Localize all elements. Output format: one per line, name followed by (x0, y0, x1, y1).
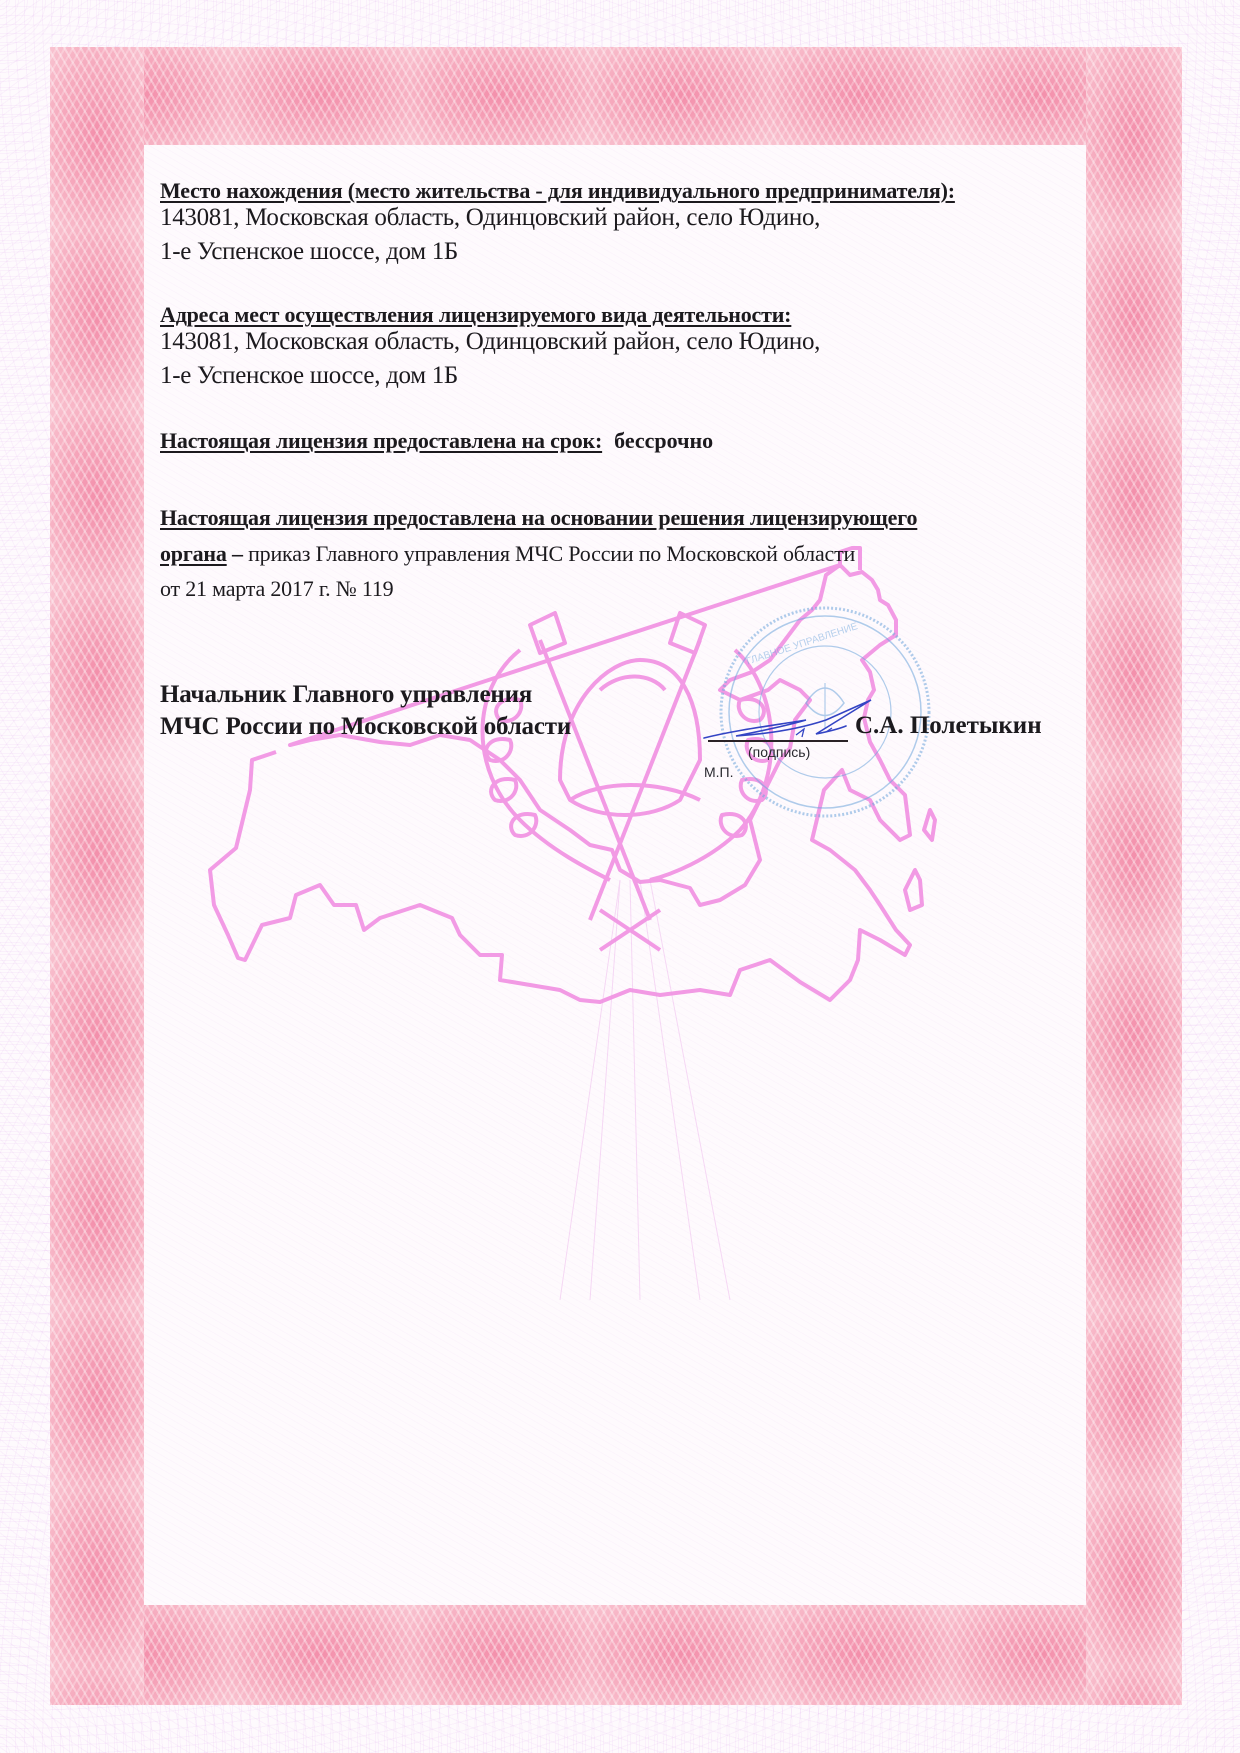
term-value: бессрочно (614, 428, 713, 453)
basis-order-date: от 21 марта 2017 г. № 119 (160, 576, 393, 602)
location-address-line1: 143081, Московская область, Одинцовский … (160, 202, 820, 234)
signature-caption: (подпись) (748, 744, 810, 760)
activity-address-line2: 1-е Успенское шоссе, дом 1Б (160, 360, 458, 392)
location-address-line2: 1-е Успенское шоссе, дом 1Б (160, 236, 458, 268)
term-label: Настоящая лицензия предоставлена на срок… (160, 428, 602, 453)
svg-text:ГЛАВНОЕ УПРАВЛЕНИЕ: ГЛАВНОЕ УПРАВЛЕНИЕ (745, 621, 859, 667)
activity-addresses-label: Адреса мест осуществления лицензируемого… (160, 302, 791, 328)
location-label: Место нахождения (место жительства - для… (160, 178, 955, 204)
signatory-position-line2: МЧС России по Московской области (160, 712, 571, 741)
frame-border-top (50, 47, 1182, 145)
basis-line: органа – приказ Главного управления МЧС … (160, 541, 855, 567)
frame-border-bottom (50, 1605, 1182, 1705)
signature-line (708, 740, 848, 742)
signatory-position-line1: Начальник Главного управления (160, 680, 532, 709)
frame-border-left (50, 47, 144, 1705)
license-term: Настоящая лицензия предоставлена на срок… (160, 428, 713, 454)
basis-order-text: приказ Главного управления МЧС России по… (248, 541, 855, 566)
activity-address-line1: 143081, Московская область, Одинцовский … (160, 326, 820, 358)
signatory-name: С.А. Полетыкин (855, 712, 1042, 740)
frame-border-right (1086, 47, 1182, 1705)
basis-label-organ: органа (160, 541, 227, 566)
basis-label: Настоящая лицензия предоставлена на осно… (160, 505, 917, 531)
seal-caption: М.П. (704, 764, 734, 780)
basis-dash: – (227, 541, 248, 566)
